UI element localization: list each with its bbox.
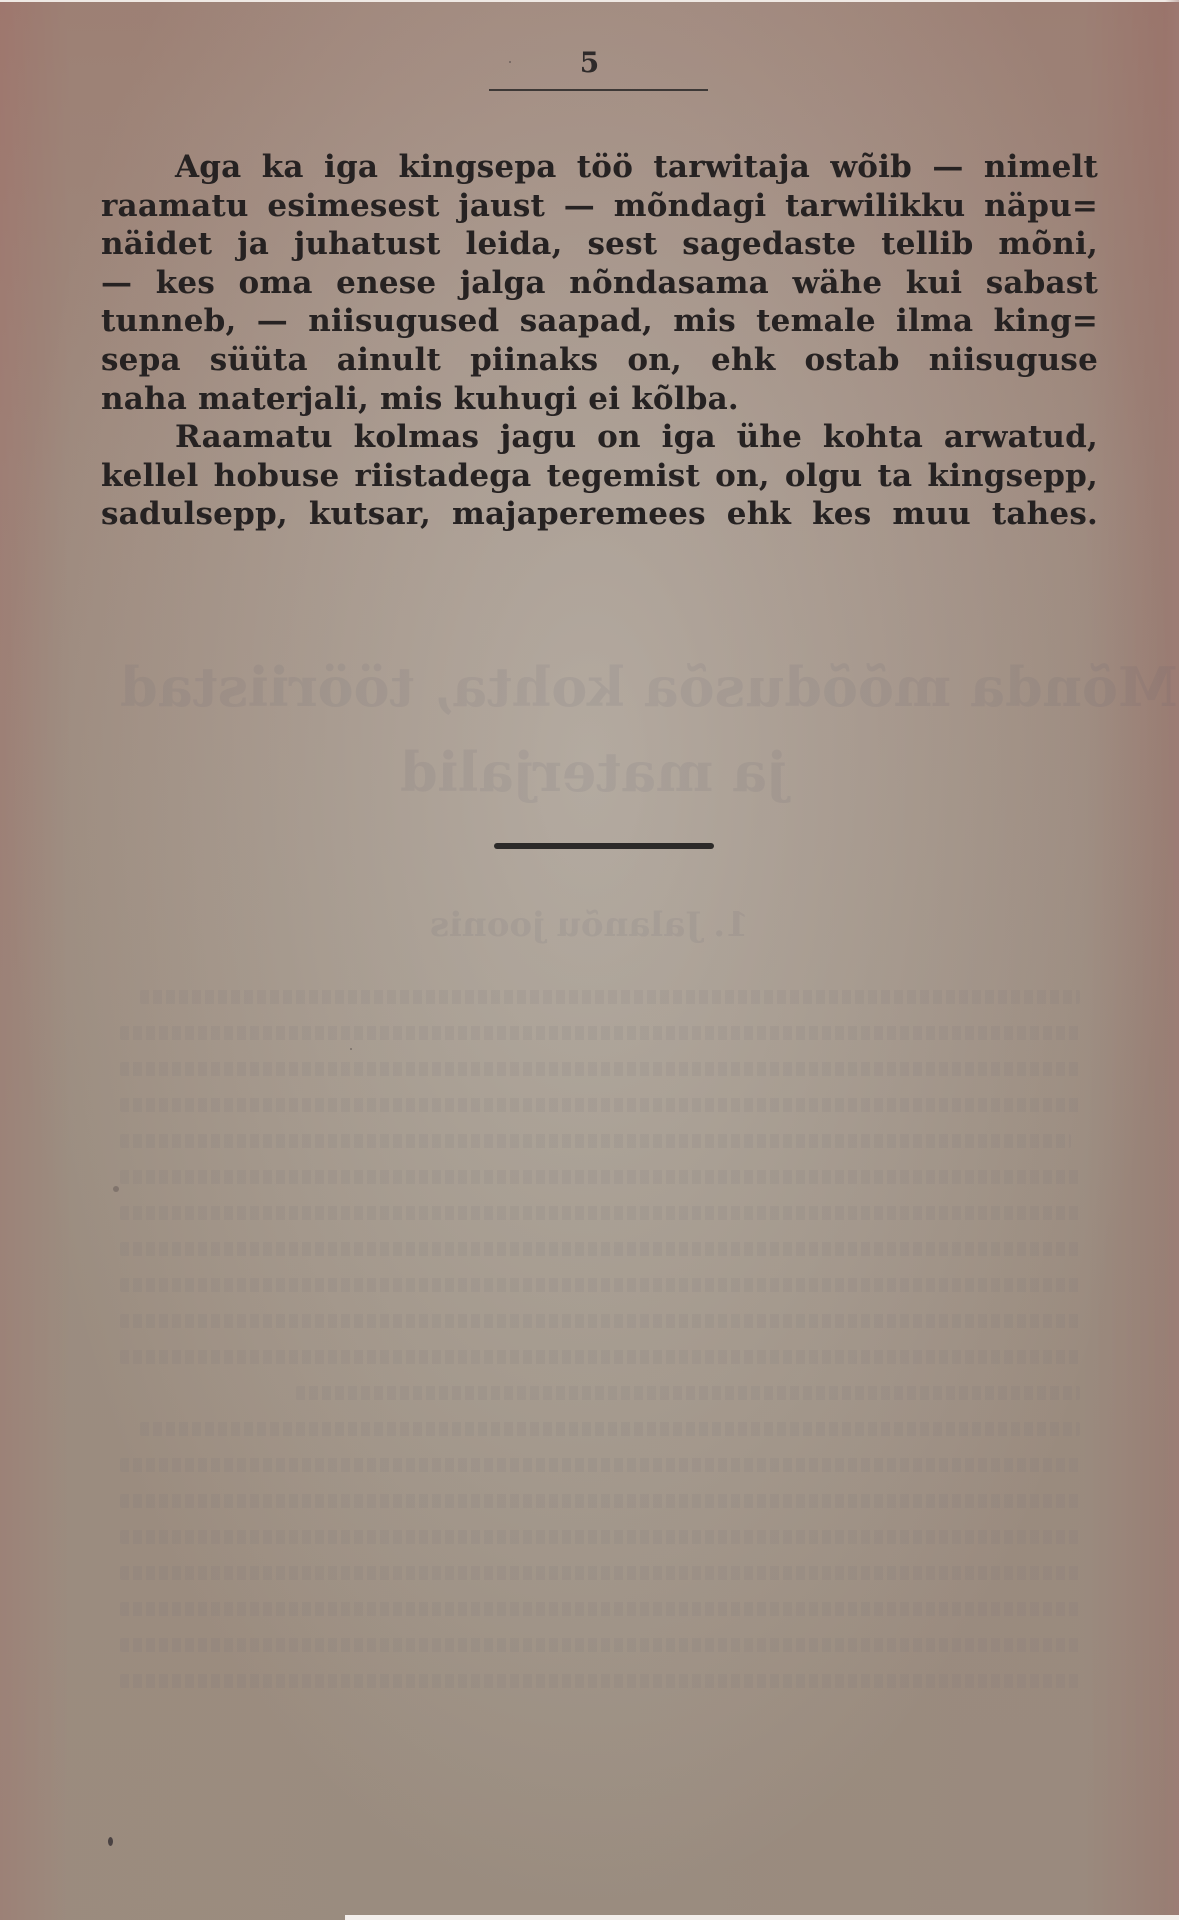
paper-speck [108, 1837, 113, 1846]
paper-speck [509, 61, 511, 63]
text-line: sepa süüta ainult piinaks on, ehk ostab … [101, 341, 1098, 380]
show-through-heading: 1. Jalanõu joonis [430, 905, 749, 945]
text-line: tunneb, — niisugused saapad, mis temale … [101, 302, 1098, 341]
text-line: naha materjali, mis kuhugi ei kõlba. [101, 380, 1098, 419]
paragraph-1: Aga ka iga kingsepa töö tarwitaja wõib —… [101, 148, 1098, 418]
section-end-rule [494, 843, 714, 849]
scanned-book-page: Mõnda mõõdusõa kohta, tööriistad ja mate… [0, 0, 1179, 1920]
text-line: Raamatu kolmas jagu on iga ühe kohta arw… [101, 418, 1098, 457]
text-line: raamatu esimesest jaust — mõndagi tarwil… [101, 187, 1098, 226]
text-line: — kes oma enese jalga nõndasama wähe kui… [101, 264, 1098, 303]
paper-speck [350, 1048, 352, 1050]
scan-edge-bottom [345, 1915, 1179, 1920]
text-line: sadulsepp, kutsar, majaperemees ehk kes … [101, 495, 1098, 534]
header-rule [489, 89, 708, 91]
show-through-body-text [120, 990, 1100, 1710]
show-through-title-line-1: Mõnda mõõdusõa kohta, tööriistad [120, 655, 1178, 719]
paper-speck [113, 1186, 119, 1192]
text-line: näidet ja juhatust leida, sest sagedaste… [101, 225, 1098, 264]
paragraph-2: Raamatu kolmas jagu on iga ühe kohta arw… [101, 418, 1098, 534]
page-number: 5 [0, 46, 1179, 79]
text-line: kellel hobuse riistadega tegemist on, ol… [101, 457, 1098, 496]
scan-edge-top [0, 0, 1179, 2]
show-through-title-line-2: ja materjalid [400, 740, 787, 804]
body-text: Aga ka iga kingsepa töö tarwitaja wõib —… [101, 148, 1098, 534]
page-edge-shadow [1165, 0, 1179, 1920]
text-line: Aga ka iga kingsepa töö tarwitaja wõib —… [101, 148, 1098, 187]
